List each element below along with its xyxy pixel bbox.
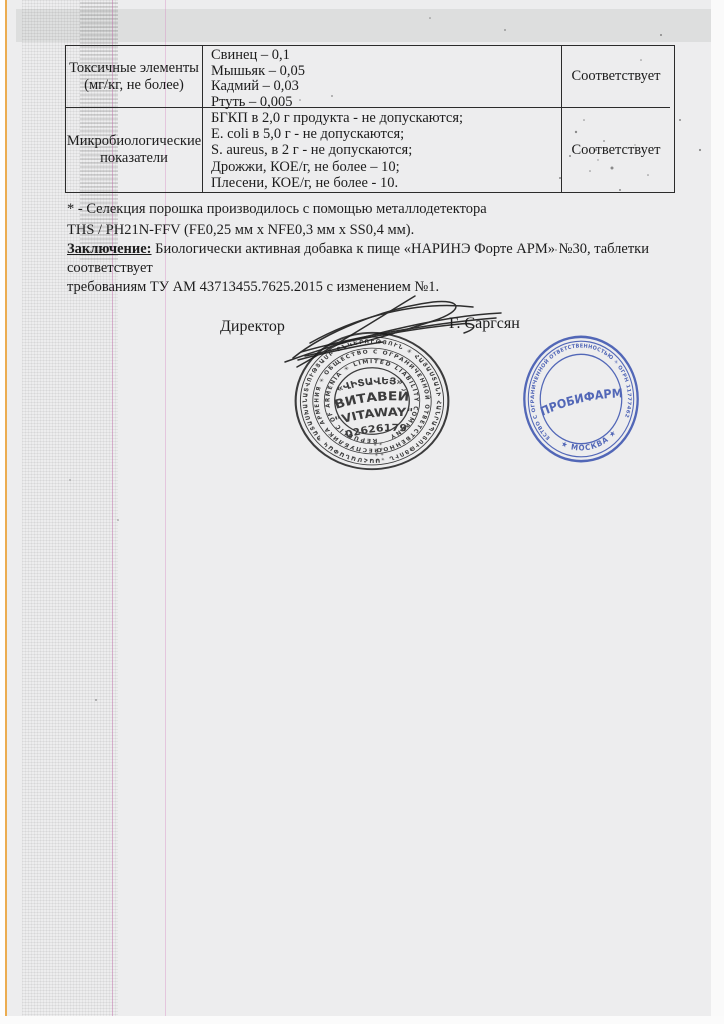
spec-table: Токсичные элементы(мг/кг, не более) Свин… (65, 45, 675, 193)
parameter-cell-toxic: Токсичные элементы(мг/кг, не более) (66, 46, 203, 108)
scan-edge-right (711, 0, 724, 1024)
scan-top-band (16, 9, 718, 42)
conclusion-text: Биологически активная добавка к пище «НА… (67, 241, 649, 276)
values-cell-micro: БГКП в 2,0 г продукта - не допускаются;E… (203, 108, 562, 192)
result-text: Соответствует (572, 142, 661, 159)
parameter-cell-micro: Микробиологическиепоказатели (66, 108, 203, 192)
result-cell-toxic: Соответствует (562, 46, 670, 108)
result-text: Соответствует (572, 68, 661, 85)
director-signature (265, 288, 515, 383)
values-cell-toxic: Свинец – 0,1Мышьяк – 0,05Кадмий – 0,03Рт… (203, 46, 562, 108)
conclusion-line1: Заключение: Биологически активная добавк… (67, 240, 707, 278)
probifarm-stamp: ОБЩЕСТВО С ОГРАНИЧЕННОЙ ОТВЕТСТВЕННОСТЬЮ… (519, 331, 643, 467)
conclusion-label: Заключение: (67, 241, 152, 257)
scan-orange-line (5, 0, 7, 1024)
metal-detector-footnote: * - Селекция порошка производилось с пом… (67, 199, 487, 241)
result-cell-micro: Соответствует (562, 108, 670, 192)
stamp-seam-asterisks: ✳ ✳ (375, 457, 386, 464)
scan-edge-bottom (0, 1016, 724, 1024)
scanned-document-page: Токсичные элементы(мг/кг, не более) Свин… (0, 0, 724, 1024)
